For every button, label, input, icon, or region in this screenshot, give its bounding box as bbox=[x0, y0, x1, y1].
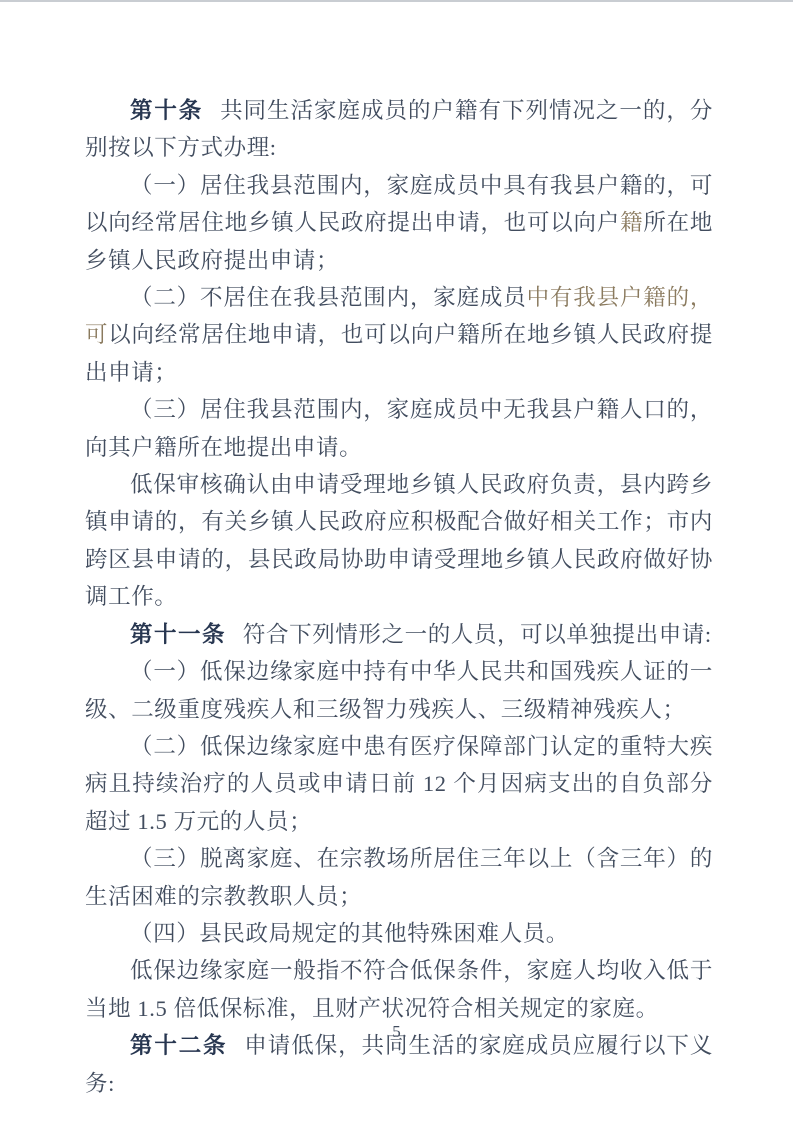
paragraph: 第十条共同生活家庭成员的户籍有下列情况之一的，分别按以下方式办理: bbox=[85, 92, 713, 167]
paragraph: （四）县民政局规定的其他特殊困难人员。 bbox=[85, 915, 713, 952]
paragraph: 低保审核确认由申请受理地乡镇人民政府负责，县内跨乡镇申请的，有关乡镇人民政府应积… bbox=[85, 466, 713, 616]
paragraph: 低保边缘家庭一般指不符合低保条件，家庭人均收入低于当地 1.5 倍低保标准，且财… bbox=[85, 952, 713, 1027]
article-heading: 第十一条 bbox=[130, 622, 226, 647]
text-segment: （三）脱离家庭、在宗教场所居住三年以上（含三年）的生活困难的宗教教职人员； bbox=[85, 846, 713, 908]
text-segment: 低保审核确认由申请受理地乡镇人民政府负责，县内跨乡镇申请的，有关乡镇人民政府应积… bbox=[85, 472, 713, 609]
document-body: 第十条共同生活家庭成员的户籍有下列情况之一的，分别按以下方式办理:（一）居住我县… bbox=[85, 92, 713, 1102]
paragraph: （三）居住我县范围内，家庭成员中无我县户籍人口的，向其户籍所在地提出申请。 bbox=[85, 391, 713, 466]
text-segment: 符合下列情形之一的人员，可以单独提出申请: bbox=[243, 622, 712, 647]
paragraph: （一）居住我县范围内，家庭成员中具有我县户籍的，可以向经常居住地乡镇人民政府提出… bbox=[85, 167, 713, 279]
text-segment: （一）低保边缘家庭中持有中华人民共和国残疾人证的一级、二级重度残疾人和三级智力残… bbox=[85, 659, 713, 721]
paragraph: （二）不居住在我县范围内，家庭成员中有我县户籍的，可以向经常居住地申请，也可以向… bbox=[85, 279, 713, 391]
paragraph: （二）低保边缘家庭中患有医疗保障部门认定的重特大疾病且持续治疗的人员或申请日前 … bbox=[85, 728, 713, 840]
article-heading: 第十条 bbox=[130, 98, 203, 123]
text-segment: （二）低保边缘家庭中患有医疗保障部门认定的重特大疾病且持续治疗的人员或申请日前 … bbox=[85, 734, 713, 834]
text-segment: （二）不居住在我县范围内，家庭成员 bbox=[130, 285, 527, 310]
paragraph: （三）脱离家庭、在宗教场所居住三年以上（含三年）的生活困难的宗教教职人员； bbox=[85, 840, 713, 915]
text-segment: 籍 bbox=[620, 210, 643, 235]
text-segment: （一）居住我县范围内，家庭成员中具有我县户籍的，可以向经常居住地乡镇人民政府提出… bbox=[85, 173, 713, 235]
text-segment: 以向经常居住地申请，也可以向户籍所在地乡镇人民政府提出申请； bbox=[85, 322, 713, 384]
page-number: 5 bbox=[0, 1022, 793, 1042]
paragraph: （一）低保边缘家庭中持有中华人民共和国残疾人证的一级、二级重度残疾人和三级智力残… bbox=[85, 653, 713, 728]
paragraph: 第十一条符合下列情形之一的人员，可以单独提出申请: bbox=[85, 616, 713, 653]
text-segment: 低保边缘家庭一般指不符合低保条件，家庭人均收入低于当地 1.5 倍低保标准，且财… bbox=[85, 958, 713, 1020]
scan-edge-line bbox=[0, 0, 793, 2]
text-segment: （三）居住我县范围内，家庭成员中无我县户籍人口的，向其户籍所在地提出申请。 bbox=[85, 397, 713, 459]
document-page: 第十条共同生活家庭成员的户籍有下列情况之一的，分别按以下方式办理:（一）居住我县… bbox=[0, 0, 793, 1122]
text-segment: （四）县民政局规定的其他特殊困难人员。 bbox=[130, 921, 569, 946]
